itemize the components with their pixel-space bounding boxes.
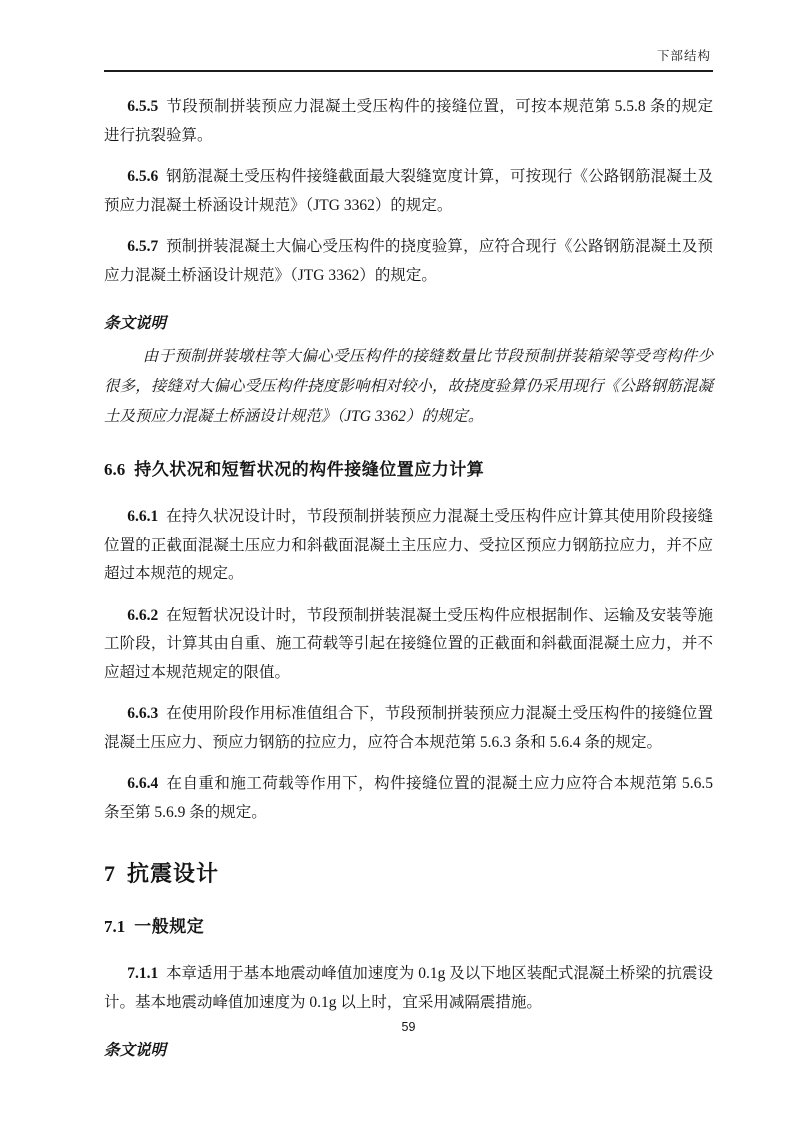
clause-6-5-7: 6.5.7预制拼装混凝土大偏心受压构件的挠度验算，应符合现行《公路钢筋混凝土及预… <box>104 233 713 290</box>
clause-number: 6.5.6 <box>127 168 158 185</box>
section-title: 持久状况和短暂状况的构件接缝位置应力计算 <box>134 460 484 479</box>
commentary-label: 条文说明 <box>104 1038 713 1064</box>
clause-7-1-1: 7.1.1本章适用于基本地震动峰值加速度为 0.1g 及以下地区装配式混凝土桥梁… <box>104 960 713 1017</box>
section-heading-7-1: 7.1一般规定 <box>104 915 713 939</box>
clause-text: 节段预制拼装预应力混凝土受压构件的接缝位置，可按本规范第 5.5.8 条的规定进… <box>104 98 713 144</box>
clause-number: 6.6.3 <box>127 705 158 722</box>
clause-text: 本章适用于基本地震动峰值加速度为 0.1g 及以下地区装配式混凝土桥梁的抗震设计… <box>104 965 713 1011</box>
clause-number: 6.6.4 <box>127 775 158 792</box>
clause-number: 6.5.7 <box>127 238 158 255</box>
clause-6-6-1: 6.6.1在持久状况设计时，节段预制拼装预应力混凝土受压构件应计算其使用阶段接缝… <box>104 503 713 589</box>
document-page: 下部结构 6.5.5节段预制拼装预应力混凝土受压构件的接缝位置，可按本规范第 5… <box>0 0 793 1122</box>
page-content: 下部结构 6.5.5节段预制拼装预应力混凝土受压构件的接缝位置，可按本规范第 5… <box>104 48 713 1064</box>
clause-text: 在短暂状况设计时，节段预制拼装混凝土受压构件应根据制作、运输及安装等施工阶段，计… <box>104 607 713 681</box>
chapter-title: 抗震设计 <box>127 861 219 886</box>
clause-text: 在持久状况设计时，节段预制拼装预应力混凝土受压构件应计算其使用阶段接缝位置的正截… <box>104 508 713 582</box>
clause-6-6-3: 6.6.3在使用阶段作用标准值组合下，节段预制拼装预应力混凝土受压构件的接缝位置… <box>104 700 713 757</box>
clause-text: 在自重和施工荷载等作用下，构件接缝位置的混凝土应力应符合本规范第 5.6.5 条… <box>104 775 713 821</box>
clause-number: 6.6.2 <box>127 607 158 624</box>
section-heading-6-6: 6.6持久状况和短暂状况的构件接缝位置应力计算 <box>104 458 713 482</box>
page-number: 59 <box>104 1020 713 1034</box>
running-header-title: 下部结构 <box>657 49 711 63</box>
clause-number: 6.6.1 <box>127 508 158 525</box>
clause-6-6-4: 6.6.4在自重和施工荷载等作用下，构件接缝位置的混凝土应力应符合本规范第 5.… <box>104 770 713 827</box>
clause-text: 钢筋混凝土受压构件接缝截面最大裂缝宽度计算，可按现行《公路钢筋混凝土及预应力混凝… <box>104 168 713 214</box>
chapter-heading-7: 7抗震设计 <box>104 859 713 889</box>
clause-text: 在使用阶段作用标准值组合下，节段预制拼装预应力混凝土受压构件的接缝位置混凝土压应… <box>104 705 713 751</box>
clause-6-5-6: 6.5.6钢筋混凝土受压构件接缝截面最大裂缝宽度计算，可按现行《公路钢筋混凝土及… <box>104 163 713 220</box>
section-number: 6.6 <box>104 460 125 479</box>
spacer <box>104 482 713 490</box>
spacer <box>104 939 713 947</box>
section-number: 7.1 <box>104 917 125 936</box>
chapter-number: 7 <box>104 861 115 886</box>
commentary-label: 条文说明 <box>104 311 713 337</box>
clause-number: 7.1.1 <box>127 965 158 982</box>
clause-text: 预制拼装混凝土大偏心受压构件的挠度验算，应符合现行《公路钢筋混凝土及预应力混凝土… <box>104 238 713 284</box>
commentary-text: 由于预制拼装墩柱等大偏心受压构件的接缝数量比节段预制拼装箱梁等受弯构件少很多，接… <box>104 342 713 432</box>
clause-number: 6.5.5 <box>127 98 158 115</box>
clause-6-5-5: 6.5.5节段预制拼装预应力混凝土受压构件的接缝位置，可按本规范第 5.5.8 … <box>104 93 713 150</box>
clause-6-6-2: 6.6.2在短暂状况设计时，节段预制拼装混凝土受压构件应根据制作、运输及安装等施… <box>104 602 713 688</box>
section-title: 一般规定 <box>134 917 204 936</box>
running-header: 下部结构 <box>104 48 713 72</box>
